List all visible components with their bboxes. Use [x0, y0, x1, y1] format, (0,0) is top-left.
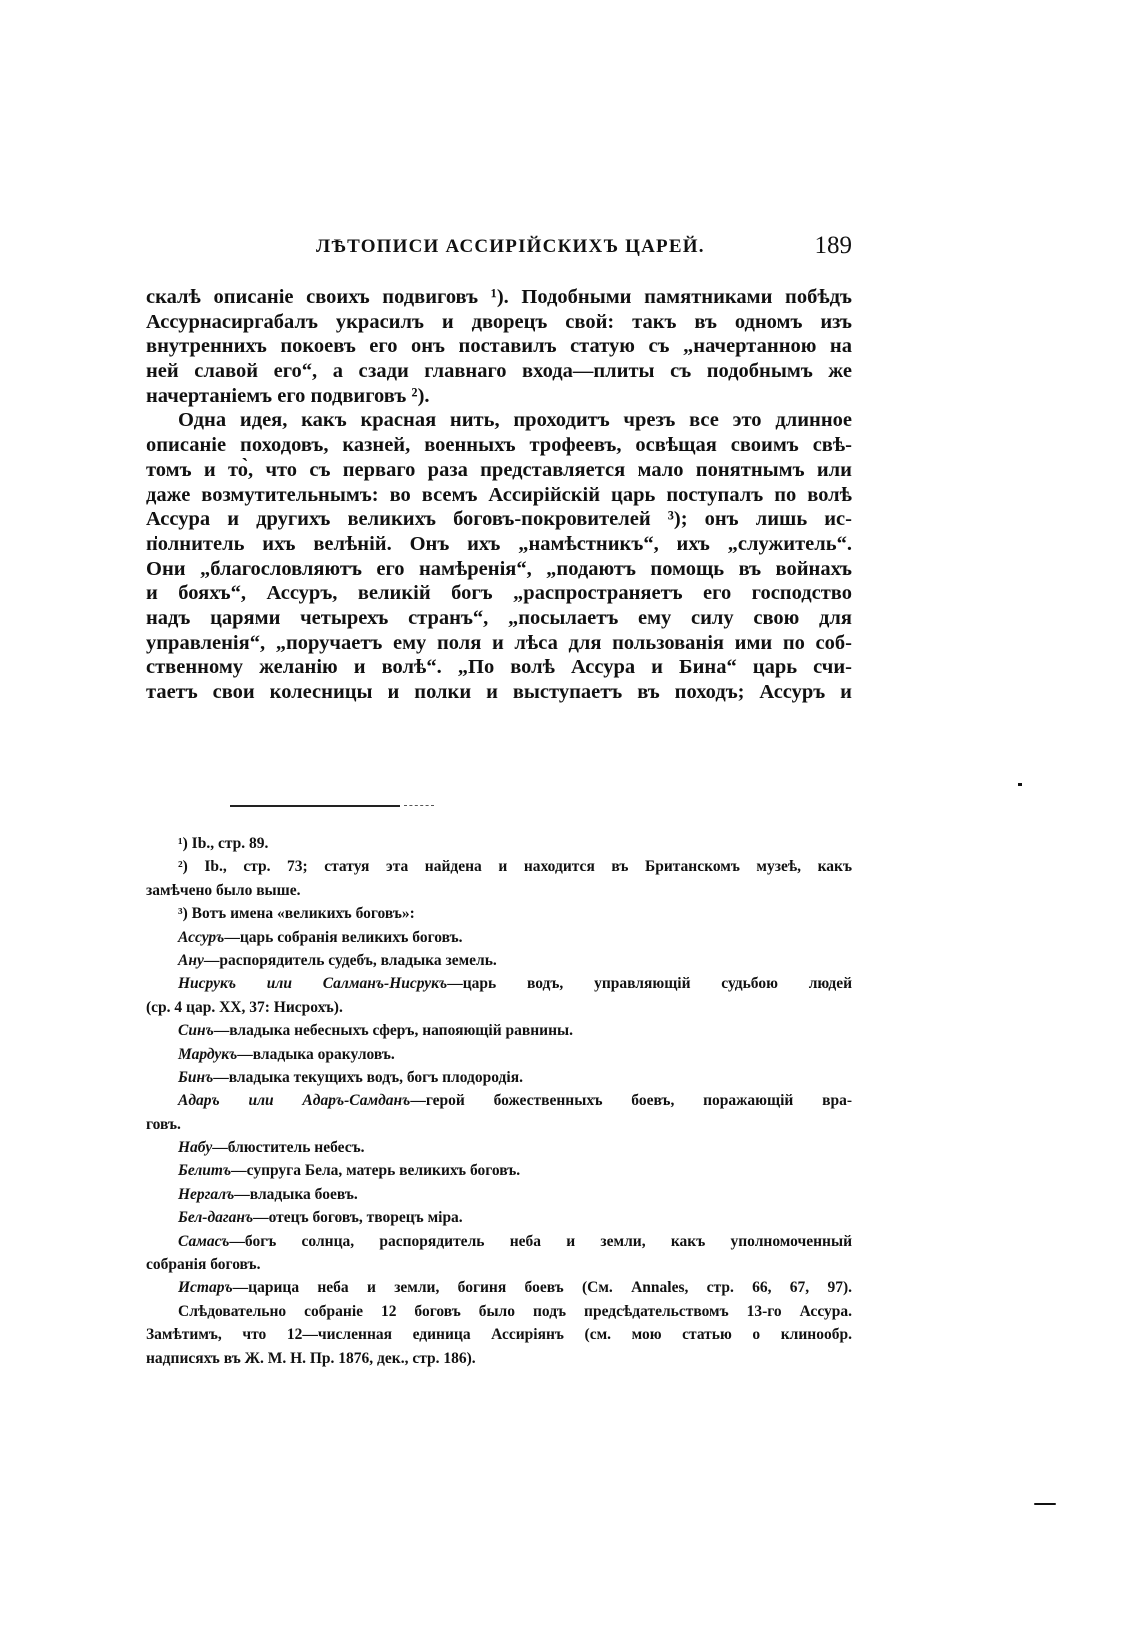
- footnote-text: —супруга Бела, матерь великихъ боговъ.: [231, 1162, 520, 1179]
- footnote-line: Ану—распорядитель судебъ, владыка земель…: [146, 949, 852, 972]
- footnote-line: замѣчено было выше.: [146, 879, 852, 902]
- footnote-line: ¹) Ib., стр. 89.: [146, 832, 852, 855]
- footnote-line: собранія боговъ.: [146, 1253, 852, 1276]
- text-line: Ассура и другихъ великихъ боговъ-покрови…: [146, 507, 852, 532]
- text-line: скалѣ описаніе своихъ подвиговъ ¹). Подо…: [146, 285, 852, 310]
- footnote-term: Набу: [178, 1139, 212, 1156]
- footnote-term: Бинъ: [178, 1069, 213, 1086]
- text-line: описаніе походовъ, казней, военныхъ троф…: [146, 433, 852, 458]
- footnote-text: —распорядитель судебъ, владыка земель.: [204, 952, 497, 969]
- footnote-line: Адаръ или Адаръ-Самданъ—герой божественн…: [146, 1089, 852, 1112]
- text-line: и бояхъ“, Ассуръ, великій богъ „распрост…: [146, 581, 852, 606]
- text-line: начертаніемъ его подвиговъ ²).: [146, 384, 852, 409]
- footnote-text: —отецъ боговъ, творецъ міра.: [253, 1209, 463, 1226]
- footnote-text: говъ.: [146, 1116, 181, 1133]
- footnote-line: Бел-даганъ—отецъ боговъ, творецъ міра.: [146, 1206, 852, 1229]
- footnote-line: Слѣдовательно собраніе 12 боговъ было по…: [146, 1300, 852, 1323]
- footnote-term: Адаръ или Адаръ-Самданъ: [178, 1092, 410, 1109]
- text-line: томъ и то̀, что съ перваго раза представ…: [146, 458, 852, 483]
- footnote-term: Синъ: [178, 1022, 214, 1039]
- footnote-text: —царица неба и земли, богиня боевъ (См. …: [233, 1279, 852, 1296]
- footnote-line: Бинъ—владыка текущихъ водъ, богъ плодоро…: [146, 1066, 852, 1089]
- footnote-text: —богъ солнца, распорядитель неба и земли…: [229, 1233, 852, 1250]
- footnote-term: Ану: [178, 952, 204, 969]
- footnote-line: Набу—блюститель небесъ.: [146, 1136, 852, 1159]
- page-number: 189: [815, 232, 853, 260]
- main-text: скалѣ описаніе своихъ подвиговъ ¹). Подо…: [146, 285, 852, 705]
- footnote-text: ³) Вотъ имена «великихъ боговъ»:: [178, 905, 415, 922]
- footnote-term: Ассуръ: [178, 929, 224, 946]
- footnote-line: Мардукъ—владыка оракуловъ.: [146, 1043, 852, 1066]
- footnote-text: (ср. 4 цар. XX, 37: Нисрохъ).: [146, 999, 343, 1016]
- text-line: надъ царями четырехъ странъ“, „посылаетъ…: [146, 606, 852, 631]
- text-line: Они „благословляютъ его намѣренія“, „под…: [146, 557, 852, 582]
- footnote-line: Ассуръ—царь собранія великихъ боговъ.: [146, 926, 852, 949]
- running-title: ЛѢТОПИСИ АССИРІЙСКИХЪ ЦАРЕЙ.: [316, 236, 705, 258]
- footnote-text: —блюститель небесъ.: [212, 1139, 364, 1156]
- footnote-term: Самасъ: [178, 1233, 229, 1250]
- footnote-line: Нергалъ—владыка боевъ.: [146, 1183, 852, 1206]
- footnote-text: —герой божественныхъ боевъ, поражающій в…: [410, 1092, 852, 1109]
- text-line: ней славой его“, а сзади главнаго входа—…: [146, 359, 852, 384]
- footnote-line: ²) Ib., стр. 73; статуя эта найдена и на…: [146, 855, 852, 878]
- footnote-term: Истаръ: [178, 1279, 233, 1296]
- footnote-text: —царь водъ, управляющій судьбою людей: [447, 975, 852, 992]
- footnote-line: Синъ—владыка небесныхъ сферъ, напояющій …: [146, 1019, 852, 1042]
- footnote-term: Нисрукъ или Салманъ-Нисрукъ: [178, 975, 447, 992]
- text-line: Одна идея, какъ красная нить, проходитъ …: [146, 408, 852, 433]
- footnote-text: —владыка оракуловъ.: [237, 1046, 395, 1063]
- footnote-line: Самасъ—богъ солнца, распорядитель неба и…: [146, 1230, 852, 1253]
- footnote-line: (ср. 4 цар. XX, 37: Нисрохъ).: [146, 996, 852, 1019]
- scan-speck: [1034, 1503, 1056, 1505]
- scan-speck: [155, 536, 157, 539]
- text-line: управленія“, „поручаетъ ему поля и лѣса …: [146, 631, 852, 656]
- text-line: таетъ свои колесницы и полки и выступает…: [146, 680, 852, 705]
- text-line: внутреннихъ покоевъ его онъ поставилъ ст…: [146, 334, 852, 359]
- footnote-line: говъ.: [146, 1113, 852, 1136]
- text-line: даже возмутительнымъ: во всемъ Ассирійск…: [146, 483, 852, 508]
- footnote-text: замѣчено было выше.: [146, 882, 301, 899]
- footnote-line: ³) Вотъ имена «великихъ боговъ»:: [146, 902, 852, 925]
- footnote-separator: [230, 805, 400, 807]
- footnote-text: —владыка боевъ.: [234, 1186, 357, 1203]
- footnote-line: Истаръ—царица неба и земли, богиня боевъ…: [146, 1276, 852, 1299]
- text-line: Ассурнасиргабалъ украсилъ и дворецъ свой…: [146, 310, 852, 335]
- text-line: ственному желанію и волѣ“. „По волѣ Ассу…: [146, 655, 852, 680]
- footnote-line: надписяхъ въ Ж. М. Н. Пр. 1876, дек., ст…: [146, 1347, 852, 1370]
- footnote-text: ¹) Ib., стр. 89.: [178, 835, 268, 852]
- footnote-term: Бел-даганъ: [178, 1209, 253, 1226]
- footnote-text: —владыка небесныхъ сферъ, напояющій равн…: [214, 1022, 573, 1039]
- footnote-text: —владыка текущихъ водъ, богъ плодородія.: [213, 1069, 523, 1086]
- footnote-text: Слѣдовательно собраніе 12 боговъ было по…: [178, 1303, 852, 1320]
- footnote-term: Нергалъ: [178, 1186, 234, 1203]
- footnote-text: Замѣтимъ, что 12—численная единица Ассир…: [146, 1326, 852, 1343]
- footnote-text: —царь собранія великихъ боговъ.: [224, 929, 462, 946]
- footnote-text: ²) Ib., стр. 73; статуя эта найдена и на…: [178, 858, 852, 875]
- text-line: полнитель ихъ велѣній. Онъ ихъ „намѣстни…: [146, 532, 852, 557]
- footnote-line: Нисрукъ или Салманъ-Нисрукъ—царь водъ, у…: [146, 972, 852, 995]
- scan-speck: [1018, 783, 1022, 786]
- footnote-term: Мардукъ: [178, 1046, 237, 1063]
- book-page: ЛѢТОПИСИ АССИРІЙСКИХЪ ЦАРЕЙ. 189 скалѣ о…: [0, 0, 1140, 1647]
- footnote-term: Белитъ: [178, 1162, 231, 1179]
- footnote-text: собранія боговъ.: [146, 1256, 260, 1273]
- footnote-text: надписяхъ въ Ж. М. Н. Пр. 1876, дек., ст…: [146, 1350, 476, 1367]
- footnote-line: Белитъ—супруга Бела, матерь великихъ бог…: [146, 1159, 852, 1182]
- running-head: ЛѢТОПИСИ АССИРІЙСКИХЪ ЦАРЕЙ. 189: [146, 236, 852, 262]
- footnotes: ¹) Ib., стр. 89. ²) Ib., стр. 73; статуя…: [146, 832, 852, 1370]
- footnote-line: Замѣтимъ, что 12—численная единица Ассир…: [146, 1323, 852, 1346]
- footnote-separator-tail: [404, 805, 434, 806]
